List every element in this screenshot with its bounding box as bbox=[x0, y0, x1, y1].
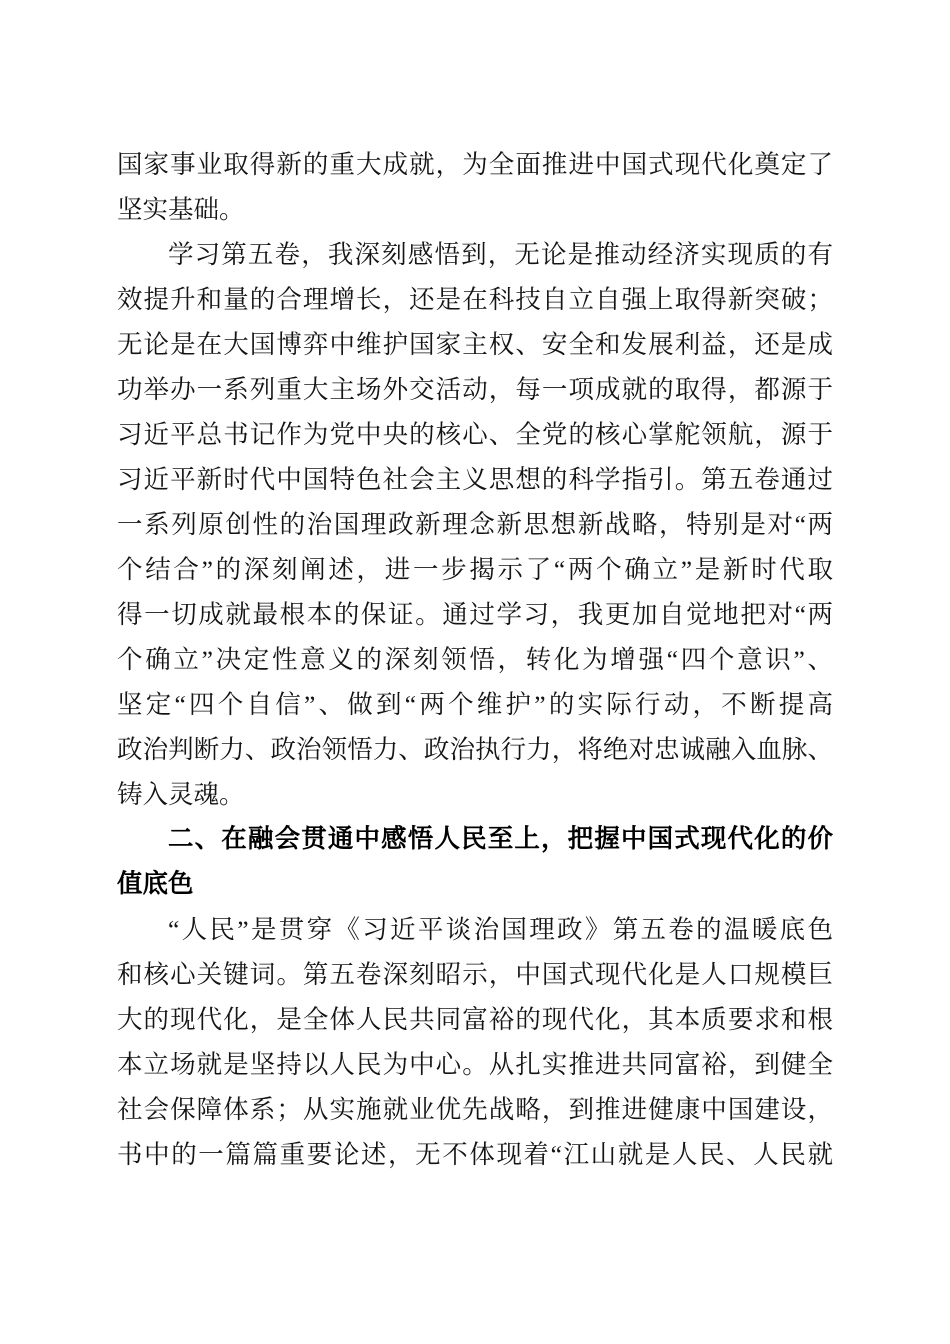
body-line: 社会保障体系；从实施就业优先战略，到推进健康中国建设， bbox=[117, 1087, 833, 1132]
body-line: 政治判断力、政治领悟力、政治执行力，将绝对忠诚融入血脉、 bbox=[117, 727, 833, 772]
heading-line: 二、在融会贯通中感悟人民至上，把握中国式现代化的价 bbox=[117, 817, 833, 862]
body-line: 学习第五卷，我深刻感悟到，无论是推动经济实现质的有 bbox=[117, 232, 833, 277]
body-line: 铸入灵魂。 bbox=[117, 772, 833, 817]
body-line: 无论是在大国博弈中维护国家主权、安全和发展利益，还是成 bbox=[117, 322, 833, 367]
body-line: 书中的一篇篇重要论述，无不体现着“江山就是人民、人民就 bbox=[117, 1132, 833, 1177]
body-line: 本立场就是坚持以人民为中心。从扎实推进共同富裕，到健全 bbox=[117, 1042, 833, 1087]
document-lines: 国家事业取得新的重大成就，为全面推进中国式现代化奠定了坚实基础。学习第五卷，我深… bbox=[117, 142, 833, 1177]
body-line: 得一切成就最根本的保证。通过学习，我更加自觉地把对“两 bbox=[117, 592, 833, 637]
body-line: 习近平总书记作为党中央的核心、全党的核心掌舵领航，源于 bbox=[117, 412, 833, 457]
body-line: 坚定“四个自信”、做到“两个维护”的实际行动，不断提高 bbox=[117, 682, 833, 727]
heading-line: 值底色 bbox=[117, 862, 833, 907]
body-line: “人民”是贯穿《习近平谈治国理政》第五卷的温暖底色 bbox=[117, 907, 833, 952]
document-page: 国家事业取得新的重大成就，为全面推进中国式现代化奠定了坚实基础。学习第五卷，我深… bbox=[0, 0, 950, 1344]
body-line: 功举办一系列重大主场外交活动，每一项成就的取得，都源于 bbox=[117, 367, 833, 412]
body-line: 一系列原创性的治国理政新理念新思想新战略，特别是对“两 bbox=[117, 502, 833, 547]
body-line: 国家事业取得新的重大成就，为全面推进中国式现代化奠定了 bbox=[117, 142, 833, 187]
body-line: 坚实基础。 bbox=[117, 187, 833, 232]
body-line: 和核心关键词。第五卷深刻昭示，中国式现代化是人口规模巨 bbox=[117, 952, 833, 997]
body-line: 个确立”决定性意义的深刻领悟，转化为增强“四个意识”、 bbox=[117, 637, 833, 682]
body-line: 个结合”的深刻阐述，进一步揭示了“两个确立”是新时代取 bbox=[117, 547, 833, 592]
body-line: 效提升和量的合理增长，还是在科技自立自强上取得新突破； bbox=[117, 277, 833, 322]
body-line: 大的现代化，是全体人民共同富裕的现代化，其本质要求和根 bbox=[117, 997, 833, 1042]
body-line: 习近平新时代中国特色社会主义思想的科学指引。第五卷通过 bbox=[117, 457, 833, 502]
